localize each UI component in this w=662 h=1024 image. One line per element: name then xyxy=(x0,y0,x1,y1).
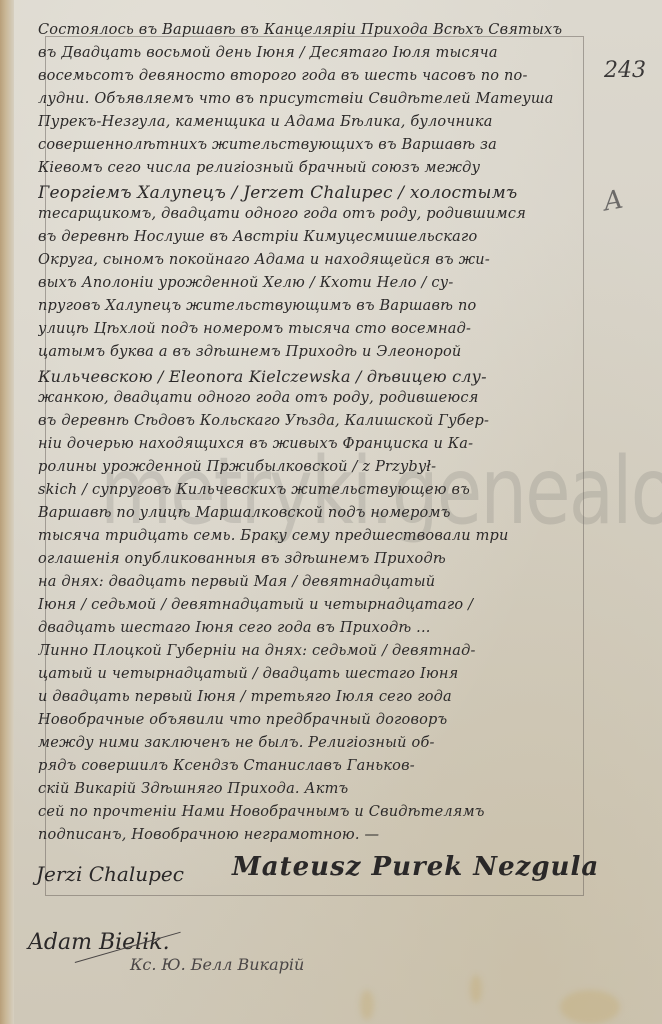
text-line: Варшавѣ по улицѣ Маршалковской подъ номе… xyxy=(38,505,598,529)
text-line: цатымъ буква а въ здѣшнемъ Приходѣ и Эле… xyxy=(38,344,598,368)
text-line: улицѣ Цѣхлой подъ номеромъ тысяча сто во… xyxy=(38,321,598,345)
signature-officiant: Кс. Ю. Белл Викарій xyxy=(130,955,304,974)
text-line: двадцать шестаго Іюня сего года въ Прихо… xyxy=(38,620,598,644)
text-line: на днях: двадцать первый Мая / девятнадц… xyxy=(38,574,598,598)
text-line: жанкою, двадцати одного года отъ роду, р… xyxy=(38,390,598,414)
text-line: Кильчевскою / Eleonora Kielczewska / дѣв… xyxy=(38,367,598,391)
text-line: совершеннолѣтнихъ жительствующихъ въ Вар… xyxy=(38,137,598,161)
binding-edge xyxy=(0,0,14,1024)
text-line: ніи дочерью находящихся въ живыхъ Франци… xyxy=(38,436,598,460)
text-line: skich / супруговъ Кильчевскихъ жительств… xyxy=(38,482,598,506)
text-line: Линно Плоцкой Губерніи на днях: седьмой … xyxy=(38,643,598,667)
paper-stain xyxy=(360,990,374,1020)
scanned-page: 243 A metryki.genealodzy.pl Состоялось в… xyxy=(0,0,662,1024)
text-line: Округа, сыномъ покойнаго Адама и находящ… xyxy=(38,252,598,276)
text-line: скій Викарій Здѣшняго Прихода. Актъ xyxy=(38,781,598,805)
page-number: 243 xyxy=(604,58,646,83)
text-line: въ Двадцать восьмой день Іюня / Десятаго… xyxy=(38,45,598,69)
text-line: тысяча тридцать семь. Браку сему предшес… xyxy=(38,528,598,552)
text-line: лудни. Объявляемъ что въ присутствіи Сви… xyxy=(38,91,598,115)
text-line: тесарщикомъ, двадцати одного года отъ ро… xyxy=(38,206,598,230)
text-line: въ деревнѣ Нослуше въ Австріи Кимуцесмиш… xyxy=(38,229,598,253)
paper-stain xyxy=(560,990,620,1024)
text-line: Новобрачные объявили что предбрачный дог… xyxy=(38,712,598,736)
text-line: Кіевомъ сего числа религіозный брачный с… xyxy=(38,160,598,184)
text-line: Георгіемъ Халупецъ / Jerzem Chalupec / х… xyxy=(38,183,598,207)
paper-stain xyxy=(470,975,482,1003)
margin-annotation: A xyxy=(602,185,626,218)
text-line: Іюня / седьмой / девятнадцатый и четырна… xyxy=(38,597,598,621)
text-line: пруговъ Халупецъ жительствующимъ въ Варш… xyxy=(38,298,598,322)
text-line: оглашенія опубликованныя въ здѣшнемъ При… xyxy=(38,551,598,575)
text-line: подписанъ, Новобрачною неграмотною. — xyxy=(38,827,598,851)
text-line: рядъ совершилъ Ксендзъ Станиславъ Ганько… xyxy=(38,758,598,782)
text-line: между ними заключенъ не былъ. Религіозны… xyxy=(38,735,598,759)
text-line: Пурекъ-Незгула, каменщика и Адама Бѣлика… xyxy=(38,114,598,138)
text-line: цатый и четырнадцатый / двадцать шестаго… xyxy=(38,666,598,690)
text-line: Состоялось въ Варшавѣ въ Канцеляріи Прих… xyxy=(38,22,598,46)
text-line: восемьсотъ девяносто второго года въ шес… xyxy=(38,68,598,92)
text-line: и двадцать первый Іюня / третьяго Іюля с… xyxy=(38,689,598,713)
text-line: сей по прочтеніи Нами Новобрачнымъ и Сви… xyxy=(38,804,598,828)
signature-groom: Jerzi Chalupec xyxy=(36,862,184,886)
text-line: выхъ Аполоніи урожденной Хелю / Кхоти Не… xyxy=(38,275,598,299)
text-line: ролины урожденной Пржибылковской / z Prz… xyxy=(38,459,598,483)
text-line: въ деревнѣ Сѣдовъ Кольскаго Уѣзда, Калиш… xyxy=(38,413,598,437)
signature-witness-1: Mateusz Purek Nezgula xyxy=(232,852,599,882)
